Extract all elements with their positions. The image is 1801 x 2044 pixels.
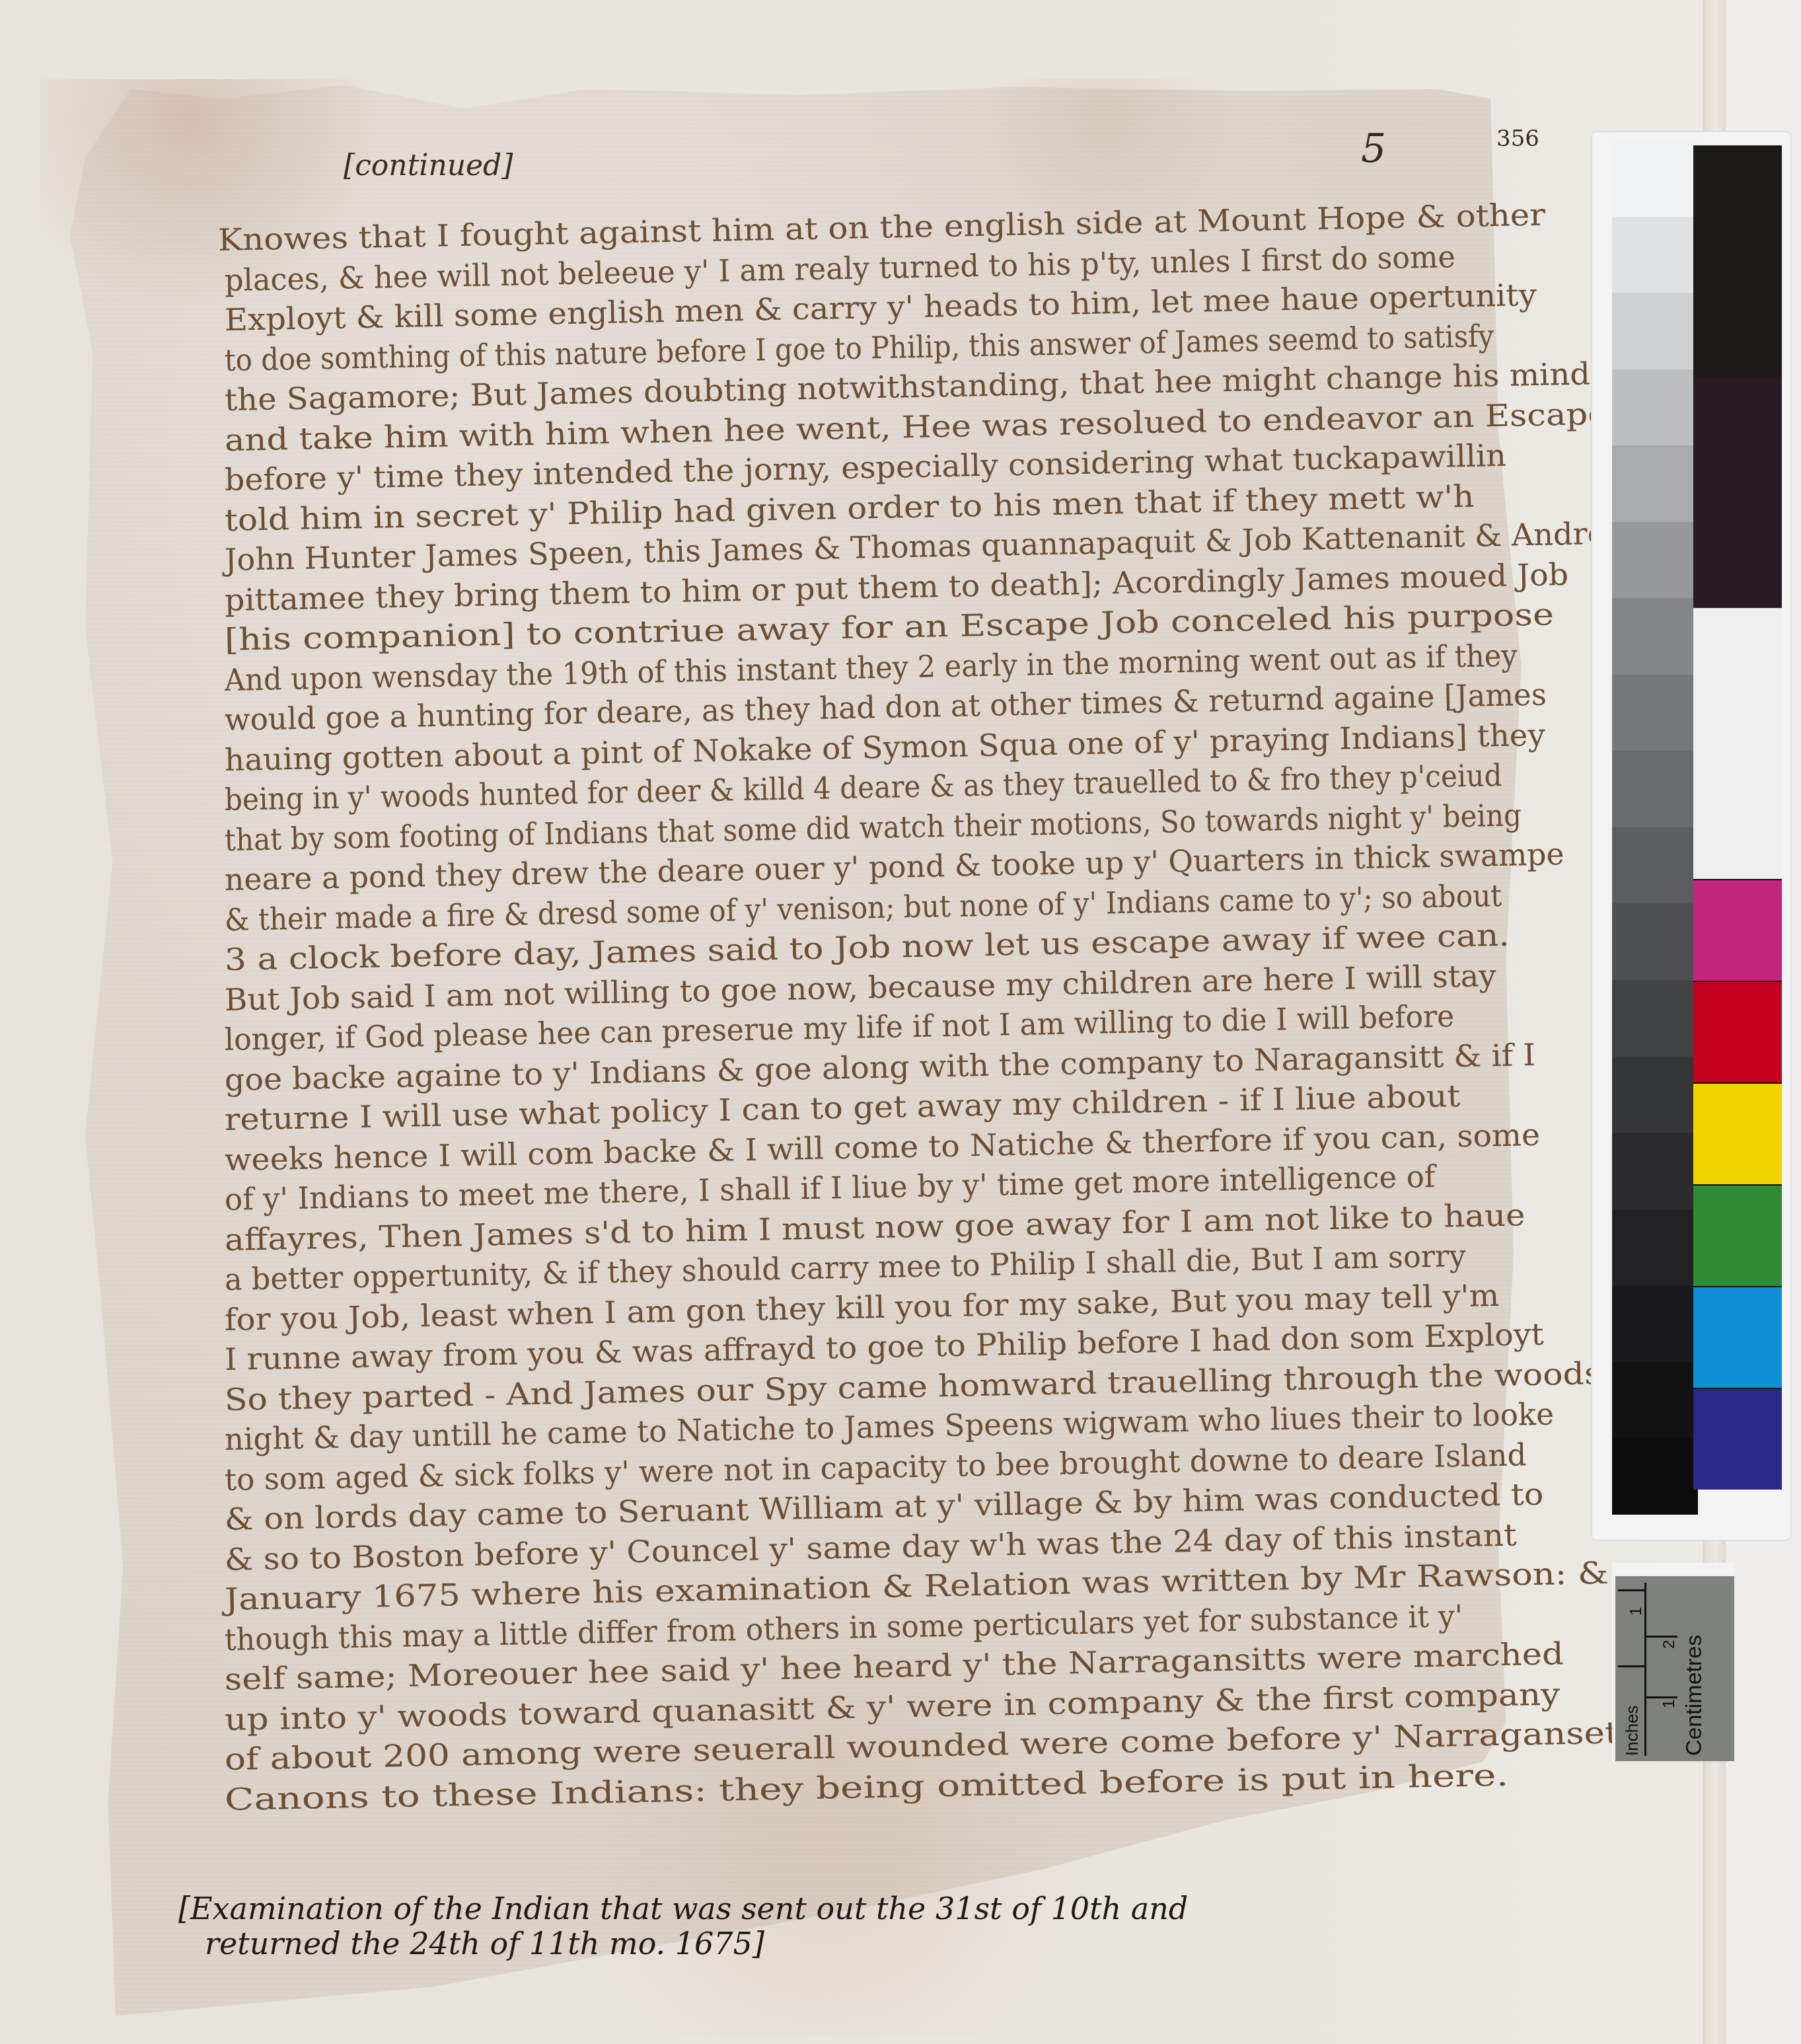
gray-step [1612, 1362, 1698, 1439]
color-patch-white [1693, 608, 1782, 879]
gray-step [1612, 903, 1698, 980]
gray-step [1612, 1438, 1698, 1515]
annotation-line-1: [Examination of the Indian that was sent… [178, 1891, 1188, 1926]
inch-tick [1618, 1589, 1646, 1591]
inch-tick-label: 1 [1627, 1607, 1646, 1616]
folio-number: 356 [1496, 126, 1539, 152]
gray-step [1612, 598, 1698, 675]
cm-tick [1644, 1636, 1677, 1638]
scale-ruler: Inches 1 1 2 Centimetres [1615, 1576, 1734, 1761]
gray-step [1612, 980, 1698, 1057]
centimetres-label: Centimetres [1681, 1635, 1707, 1756]
color-patch-blue [1693, 1388, 1782, 1490]
color-patch-dark-purple [1693, 377, 1782, 608]
color-patch-magenta [1693, 879, 1782, 981]
page-number: 5 [1361, 126, 1386, 172]
color-patch-black [1693, 145, 1782, 377]
cm-tick-label-1: 1 [1660, 1700, 1679, 1708]
gray-step [1612, 1133, 1698, 1209]
gray-step [1612, 1209, 1698, 1286]
color-patch-strip [1693, 145, 1782, 1533]
continued-note: [continued] [344, 149, 513, 182]
color-patch-green [1693, 1184, 1782, 1286]
gray-step [1612, 1057, 1698, 1133]
inch-tick [1618, 1665, 1646, 1667]
gray-step [1612, 140, 1698, 217]
color-patch-cyan [1693, 1286, 1782, 1388]
gray-step [1612, 751, 1698, 827]
gray-step [1612, 675, 1698, 751]
gray-step [1612, 293, 1698, 369]
gray-step [1612, 1285, 1698, 1362]
annotation-line-2: returned the 24th of 11th mo. 1675] [178, 1926, 1188, 1961]
inches-label: Inches [1622, 1705, 1642, 1756]
color-patch-yellow [1693, 1082, 1782, 1184]
gray-step [1612, 827, 1698, 904]
footer-annotation: [Examination of the Indian that was sent… [178, 1891, 1188, 1961]
cm-tick [1644, 1696, 1677, 1698]
gray-step [1612, 522, 1698, 599]
gray-step [1612, 217, 1698, 293]
color-patch-red [1693, 981, 1782, 1082]
gray-step [1612, 369, 1698, 446]
gray-step [1612, 445, 1698, 522]
gray-scale-strip [1612, 140, 1698, 1515]
cm-tick-label-2: 2 [1660, 1640, 1679, 1649]
